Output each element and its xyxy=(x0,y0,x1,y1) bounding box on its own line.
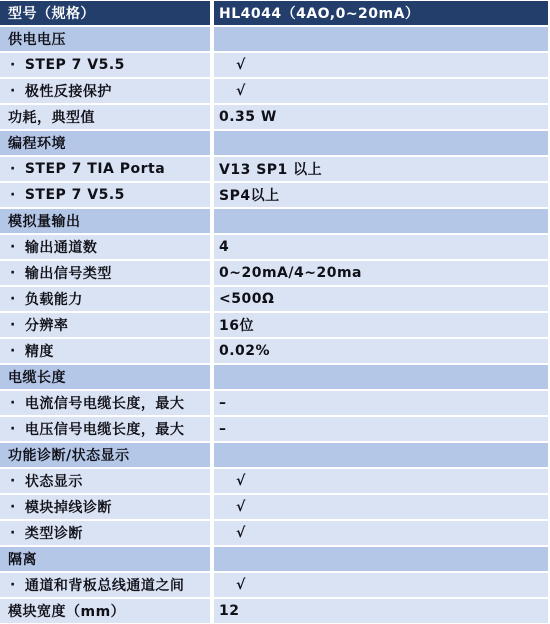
bullet-icon: · xyxy=(10,239,16,255)
check-mark-icon: √ xyxy=(214,79,548,103)
bullet-icon: · xyxy=(10,161,16,177)
section-row: 编程环境 xyxy=(0,131,548,155)
bullet-icon: · xyxy=(10,291,16,307)
row-value: – xyxy=(214,391,548,415)
row-label: ·输出信号类型 xyxy=(0,261,210,285)
row-label-text: 精度 xyxy=(25,341,54,361)
row-value xyxy=(214,365,548,389)
row-label-text: 负载能力 xyxy=(25,289,83,309)
row-label-text: 模块宽度（mm） xyxy=(8,601,125,621)
row-label: 模拟量输出 xyxy=(0,209,210,233)
row-label-text: 电压信号电缆长度，最大 xyxy=(25,419,185,439)
row-label-text: 电缆长度 xyxy=(8,367,66,387)
row-label: ·STEP 7 V5.5 xyxy=(0,53,210,77)
row-label-text: 功能诊断/状态显示 xyxy=(8,445,130,465)
table-row: ·精度0.02% xyxy=(0,339,548,363)
column-header-spec: HL4044（4AO,0~20mA） xyxy=(214,1,548,25)
check-mark-icon: √ xyxy=(214,573,548,597)
table-row: ·STEP 7 TIA PortaV13 SP1 以上 xyxy=(0,157,548,181)
row-label: 电缆长度 xyxy=(0,365,210,389)
bullet-icon: · xyxy=(10,525,16,541)
table-row: ·STEP 7 V5.5√ xyxy=(0,53,548,77)
row-label: ·负载能力 xyxy=(0,287,210,311)
table-row: ·分辨率16位 xyxy=(0,313,548,337)
row-label-text: 模拟量输出 xyxy=(8,211,81,231)
row-label-text: STEP 7 TIA Porta xyxy=(25,161,165,177)
table-row: ·负载能力<500Ω xyxy=(0,287,548,311)
row-label: ·极性反接保护 xyxy=(0,79,210,103)
row-label: 功能诊断/状态显示 xyxy=(0,443,210,467)
bullet-icon: · xyxy=(10,343,16,359)
row-label: ·精度 xyxy=(0,339,210,363)
section-row: 隔离 xyxy=(0,547,548,571)
row-value: 4 xyxy=(214,235,548,259)
row-label-text: 功耗，典型值 xyxy=(8,107,95,127)
bullet-icon: · xyxy=(10,83,16,99)
table-row: 模块宽度（mm）12 xyxy=(0,599,548,623)
section-row: 模拟量输出 xyxy=(0,209,548,233)
table-row: ·电压信号电缆长度，最大– xyxy=(0,417,548,441)
row-label: ·模块掉线诊断 xyxy=(0,495,210,519)
table-header-row: 型号（规格）HL4044（4AO,0~20mA） xyxy=(0,1,548,25)
bullet-icon: · xyxy=(10,421,16,437)
row-value: V13 SP1 以上 xyxy=(214,157,548,181)
row-label: 供电电压 xyxy=(0,27,210,51)
row-label-text: STEP 7 V5.5 xyxy=(25,57,125,73)
row-label: ·通道和背板总线通道之间 xyxy=(0,573,210,597)
table-row: ·类型诊断√ xyxy=(0,521,548,545)
row-value: SP4以上 xyxy=(214,183,548,207)
row-label-text: 状态显示 xyxy=(25,471,83,491)
table-row: ·输出通道数4 xyxy=(0,235,548,259)
row-label-text: STEP 7 V5.5 xyxy=(25,187,125,203)
row-label-text: 供电电压 xyxy=(8,29,66,49)
row-value: 0.02% xyxy=(214,339,548,363)
row-label: ·STEP 7 V5.5 xyxy=(0,183,210,207)
table-row: ·极性反接保护√ xyxy=(0,79,548,103)
row-label-text: 模块掉线诊断 xyxy=(25,497,112,517)
row-label-text: 隔离 xyxy=(8,549,37,569)
check-mark-icon: √ xyxy=(214,469,548,493)
section-row: 功能诊断/状态显示 xyxy=(0,443,548,467)
row-value: – xyxy=(214,417,548,441)
row-label: ·输出通道数 xyxy=(0,235,210,259)
table-row: ·状态显示√ xyxy=(0,469,548,493)
row-label-text: 输出通道数 xyxy=(25,237,98,257)
bullet-icon: · xyxy=(10,499,16,515)
table-row: ·电流信号电缆长度，最大– xyxy=(0,391,548,415)
column-header-model: 型号（规格） xyxy=(0,1,210,25)
table-row: ·输出信号类型0~20mA/4~20ma xyxy=(0,261,548,285)
row-label: ·类型诊断 xyxy=(0,521,210,545)
row-value xyxy=(214,443,548,467)
table-row: ·STEP 7 V5.5SP4以上 xyxy=(0,183,548,207)
row-label-text: 分辨率 xyxy=(25,315,69,335)
table-row: ·模块掉线诊断√ xyxy=(0,495,548,519)
row-label: ·分辨率 xyxy=(0,313,210,337)
row-label: 功耗，典型值 xyxy=(0,105,210,129)
row-label: 隔离 xyxy=(0,547,210,571)
table-row: 功耗，典型值0.35 W xyxy=(0,105,548,129)
row-value: 12 xyxy=(214,599,548,623)
row-label-text: 类型诊断 xyxy=(25,523,83,543)
row-value xyxy=(214,547,548,571)
row-value xyxy=(214,27,548,51)
bullet-icon: · xyxy=(10,57,16,73)
row-label: 编程环境 xyxy=(0,131,210,155)
bullet-icon: · xyxy=(10,187,16,203)
row-label: ·状态显示 xyxy=(0,469,210,493)
row-label-text: 电流信号电缆长度，最大 xyxy=(25,393,185,413)
check-mark-icon: √ xyxy=(214,53,548,77)
row-label-text: 型号（规格） xyxy=(8,3,95,23)
row-label-text: 通道和背板总线通道之间 xyxy=(25,575,185,595)
row-label: ·STEP 7 TIA Porta xyxy=(0,157,210,181)
bullet-icon: · xyxy=(10,317,16,333)
row-label-text: 输出信号类型 xyxy=(25,263,112,283)
row-value: 16位 xyxy=(214,313,548,337)
row-value: <500Ω xyxy=(214,287,548,311)
bullet-icon: · xyxy=(10,473,16,489)
row-label: 模块宽度（mm） xyxy=(0,599,210,623)
section-row: 电缆长度 xyxy=(0,365,548,389)
row-label: ·电流信号电缆长度，最大 xyxy=(0,391,210,415)
row-value xyxy=(214,209,548,233)
row-value: 0.35 W xyxy=(214,105,548,129)
bullet-icon: · xyxy=(10,577,16,593)
spec-table: 型号（规格）HL4044（4AO,0~20mA）供电电压·STEP 7 V5.5… xyxy=(0,0,548,623)
check-mark-icon: √ xyxy=(214,495,548,519)
row-label-text: 编程环境 xyxy=(8,133,66,153)
row-value xyxy=(214,131,548,155)
section-row: 供电电压 xyxy=(0,27,548,51)
check-mark-icon: √ xyxy=(214,521,548,545)
row-label-text: 极性反接保护 xyxy=(25,81,112,101)
bullet-icon: · xyxy=(10,265,16,281)
row-label: ·电压信号电缆长度，最大 xyxy=(0,417,210,441)
row-value: 0~20mA/4~20ma xyxy=(214,261,548,285)
bullet-icon: · xyxy=(10,395,16,411)
table-row: ·通道和背板总线通道之间√ xyxy=(0,573,548,597)
